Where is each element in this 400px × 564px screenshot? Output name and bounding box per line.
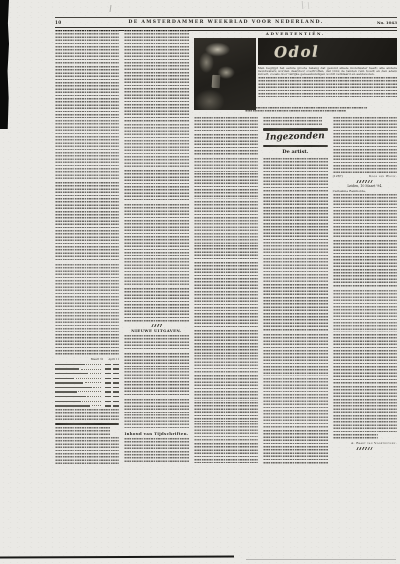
table-value bbox=[105, 364, 111, 366]
text-block bbox=[263, 430, 327, 464]
text-block bbox=[194, 291, 258, 311]
text-block bbox=[333, 334, 397, 384]
text-blocks bbox=[55, 409, 119, 421]
letter-salutation: Carissime Reinholde, bbox=[333, 189, 397, 193]
table-row-label bbox=[55, 373, 88, 375]
table-row bbox=[55, 380, 119, 384]
text-block bbox=[124, 288, 188, 322]
text-block bbox=[55, 264, 119, 332]
dot-leader bbox=[92, 405, 101, 406]
scratch-mark bbox=[308, 2, 309, 9]
text-block bbox=[194, 330, 258, 354]
column-5: (1267) Koos van Wouw. Leiden, 10 Maart '… bbox=[333, 117, 397, 470]
table-value bbox=[105, 401, 111, 403]
column-3 bbox=[194, 117, 258, 470]
table-value bbox=[105, 396, 111, 398]
dot-leader bbox=[87, 396, 100, 397]
table-row bbox=[55, 389, 119, 393]
text-blocks bbox=[194, 117, 258, 463]
article-title: De artist. bbox=[263, 150, 327, 155]
table-row-label bbox=[55, 378, 74, 380]
odol-ad-copy: Men begrijpt het eerste groote belang da… bbox=[258, 67, 397, 77]
text-block bbox=[333, 290, 397, 332]
dot-leader bbox=[76, 378, 101, 379]
text-block bbox=[194, 117, 258, 133]
letter-signature: A. Baart van Voorthuysen. bbox=[351, 442, 397, 445]
text-block bbox=[194, 245, 258, 260]
column-4: Ingezonden De artist. bbox=[263, 117, 327, 470]
market-table: Maart 31 April 11 bbox=[55, 358, 119, 407]
odol-ad-main: Odol Men begrijpt het eerste groote bela… bbox=[194, 38, 397, 106]
scan-line-artifact bbox=[246, 559, 396, 560]
table-col-header: April 11 bbox=[108, 358, 119, 361]
ingezonden-rule-bottom bbox=[263, 145, 327, 148]
text-blocks bbox=[333, 117, 397, 173]
odol-ad-right: Odol Men begrijpt het eerste groote bela… bbox=[258, 38, 397, 106]
text-block bbox=[194, 355, 258, 373]
table-value bbox=[113, 391, 119, 393]
table-row bbox=[55, 385, 119, 389]
table-row bbox=[55, 403, 119, 407]
text-block bbox=[55, 30, 119, 64]
text-blocks bbox=[55, 437, 119, 465]
letter-ref-number: (1267) bbox=[333, 175, 343, 178]
ingezonden-heading: Ingezonden bbox=[263, 131, 328, 144]
text-blocks bbox=[333, 194, 397, 432]
text-block bbox=[124, 438, 188, 462]
table-value bbox=[113, 378, 119, 380]
text-block bbox=[55, 182, 119, 228]
table-row bbox=[55, 362, 119, 366]
ingezonden-rule-top bbox=[263, 128, 327, 131]
text-block bbox=[124, 258, 188, 286]
table-row bbox=[55, 375, 119, 379]
table-row bbox=[55, 398, 119, 402]
text-block bbox=[333, 434, 378, 440]
table-row-label bbox=[55, 387, 92, 389]
divider-squiggle bbox=[151, 324, 162, 327]
dot-leader bbox=[85, 382, 101, 383]
dot-leader bbox=[86, 364, 101, 365]
table-row-label bbox=[55, 382, 83, 384]
text-blocks bbox=[124, 335, 188, 430]
table-value bbox=[113, 382, 119, 384]
text-block bbox=[124, 399, 188, 413]
text-block bbox=[124, 72, 188, 122]
text-block bbox=[55, 409, 119, 421]
text-block bbox=[124, 368, 188, 380]
divider-squiggle bbox=[357, 447, 373, 450]
odol-photo-illustration bbox=[194, 38, 256, 110]
market-table-headers: Maart 31 April 11 bbox=[55, 358, 119, 361]
dot-leader bbox=[90, 373, 101, 374]
table-col-header: Maart 31 bbox=[91, 358, 104, 361]
text-block bbox=[124, 170, 188, 202]
text-block bbox=[194, 262, 258, 290]
table-row-label bbox=[55, 405, 90, 407]
advertisement-region: ADVERTENTIËN. Odol Men begrijpt het eers… bbox=[194, 30, 397, 470]
text-block bbox=[124, 30, 188, 70]
column-1: Maart 31 April 11 bbox=[55, 30, 119, 470]
table-value bbox=[113, 373, 119, 375]
text-block bbox=[124, 204, 188, 256]
heavy-rule bbox=[55, 423, 119, 426]
table-value bbox=[105, 373, 111, 375]
dot-leader bbox=[78, 391, 100, 392]
text-block bbox=[194, 313, 258, 329]
text-block bbox=[194, 158, 258, 172]
text-block bbox=[333, 240, 397, 288]
text-block bbox=[124, 353, 188, 367]
odol-logo-plate: Odol bbox=[258, 38, 397, 65]
market-table-rows bbox=[55, 362, 119, 407]
dot-leader bbox=[81, 369, 101, 370]
text-block bbox=[263, 242, 327, 282]
text-block bbox=[263, 378, 327, 428]
text-blocks bbox=[263, 158, 327, 464]
text-block bbox=[194, 134, 258, 156]
odol-advertisement: Odol Men begrijpt het eerste groote bela… bbox=[194, 38, 397, 114]
text-block bbox=[55, 230, 119, 262]
table-row-label bbox=[55, 396, 86, 398]
text-block bbox=[194, 173, 258, 199]
text-blocks bbox=[124, 30, 188, 322]
text-block bbox=[55, 334, 119, 356]
dot-leader bbox=[93, 387, 101, 388]
header-rule-top bbox=[55, 17, 397, 18]
right-columns: Ingezonden De artist. (1267) Koos van Wo… bbox=[194, 117, 397, 470]
table-value bbox=[105, 391, 111, 393]
table-value bbox=[113, 396, 119, 398]
text-block bbox=[55, 66, 119, 118]
text-blocks bbox=[124, 438, 188, 462]
table-row-label bbox=[55, 368, 79, 370]
table-row bbox=[55, 371, 119, 375]
scratch-mark bbox=[302, 1, 304, 9]
text-block bbox=[124, 381, 188, 397]
nieuwe-uitgaven-heading: NIEUWE UITGAVEN. bbox=[124, 329, 188, 333]
odol-brand-logo: Odol bbox=[274, 42, 320, 61]
scan-line-artifact bbox=[0, 555, 234, 558]
table-value bbox=[113, 405, 119, 407]
letter-closing: A. Baart van Voorthuysen. bbox=[333, 442, 397, 445]
letter-signature: Koos van Wouw. bbox=[369, 175, 397, 178]
table-value bbox=[113, 401, 119, 403]
text-block bbox=[55, 427, 110, 435]
table-value bbox=[105, 405, 111, 407]
text-block bbox=[263, 334, 327, 376]
issue-number: No. 1043 bbox=[357, 20, 397, 25]
inhoud-tijdschriften-heading: Inhoud van Tijdschriften. bbox=[124, 432, 188, 436]
dot-leader bbox=[82, 401, 101, 402]
page-header: 10 DE AMSTERDAMMER WEEKBLAD VOOR NEDERLA… bbox=[55, 19, 397, 26]
newspaper-page: 10 DE AMSTERDAMMER WEEKBLAD VOOR NEDERLA… bbox=[0, 0, 400, 564]
column-layout: Maart 31 April 11 NIEUWE UITGAVEN. Inhou… bbox=[55, 30, 397, 470]
table-value bbox=[113, 387, 119, 389]
table-row-label bbox=[55, 391, 77, 393]
text-block bbox=[258, 77, 397, 97]
table-row bbox=[55, 366, 119, 370]
advertisement-section-heading: ADVERTENTIËN. bbox=[194, 31, 397, 36]
table-value bbox=[105, 387, 111, 389]
page-number: 10 bbox=[55, 20, 95, 25]
text-block bbox=[55, 437, 119, 465]
text-block bbox=[263, 284, 327, 332]
text-block bbox=[333, 117, 397, 173]
scratch-mark bbox=[110, 5, 112, 12]
column-2: NIEUWE UITGAVEN. Inhoud van Tijdschrifte… bbox=[124, 30, 188, 470]
text-block bbox=[333, 194, 397, 238]
divider-squiggle bbox=[357, 180, 373, 183]
text-block bbox=[194, 402, 258, 422]
odol-ad-text: Men begrijpt het eerste groote belang da… bbox=[258, 67, 397, 105]
table-value bbox=[113, 368, 119, 370]
text-block bbox=[124, 124, 188, 168]
table-value bbox=[105, 382, 111, 384]
text-block bbox=[263, 194, 327, 240]
text-block bbox=[194, 201, 258, 219]
table-row-label bbox=[55, 401, 81, 403]
text-block bbox=[245, 110, 347, 112]
text-block bbox=[194, 423, 258, 441]
table-value bbox=[105, 368, 111, 370]
text-block bbox=[333, 386, 397, 432]
text-block bbox=[263, 158, 327, 192]
letter-byline: (1267) Koos van Wouw. bbox=[333, 175, 397, 178]
table-row-label bbox=[55, 364, 85, 366]
table-value bbox=[113, 364, 119, 366]
text-block bbox=[124, 414, 188, 430]
text-block bbox=[194, 375, 258, 401]
text-block bbox=[194, 220, 258, 244]
text-block bbox=[55, 120, 119, 180]
table-row bbox=[55, 394, 119, 398]
text-block bbox=[194, 443, 258, 463]
masthead: DE AMSTERDAMMER WEEKBLAD VOOR NEDERLAND. bbox=[95, 20, 357, 25]
text-block bbox=[263, 117, 322, 126]
text-blocks bbox=[55, 30, 119, 356]
scan-edge-bar bbox=[0, 0, 9, 129]
table-value bbox=[105, 378, 111, 380]
letter-dateline: Leiden, 10 Maart '94. bbox=[333, 184, 397, 188]
text-block bbox=[124, 335, 188, 351]
